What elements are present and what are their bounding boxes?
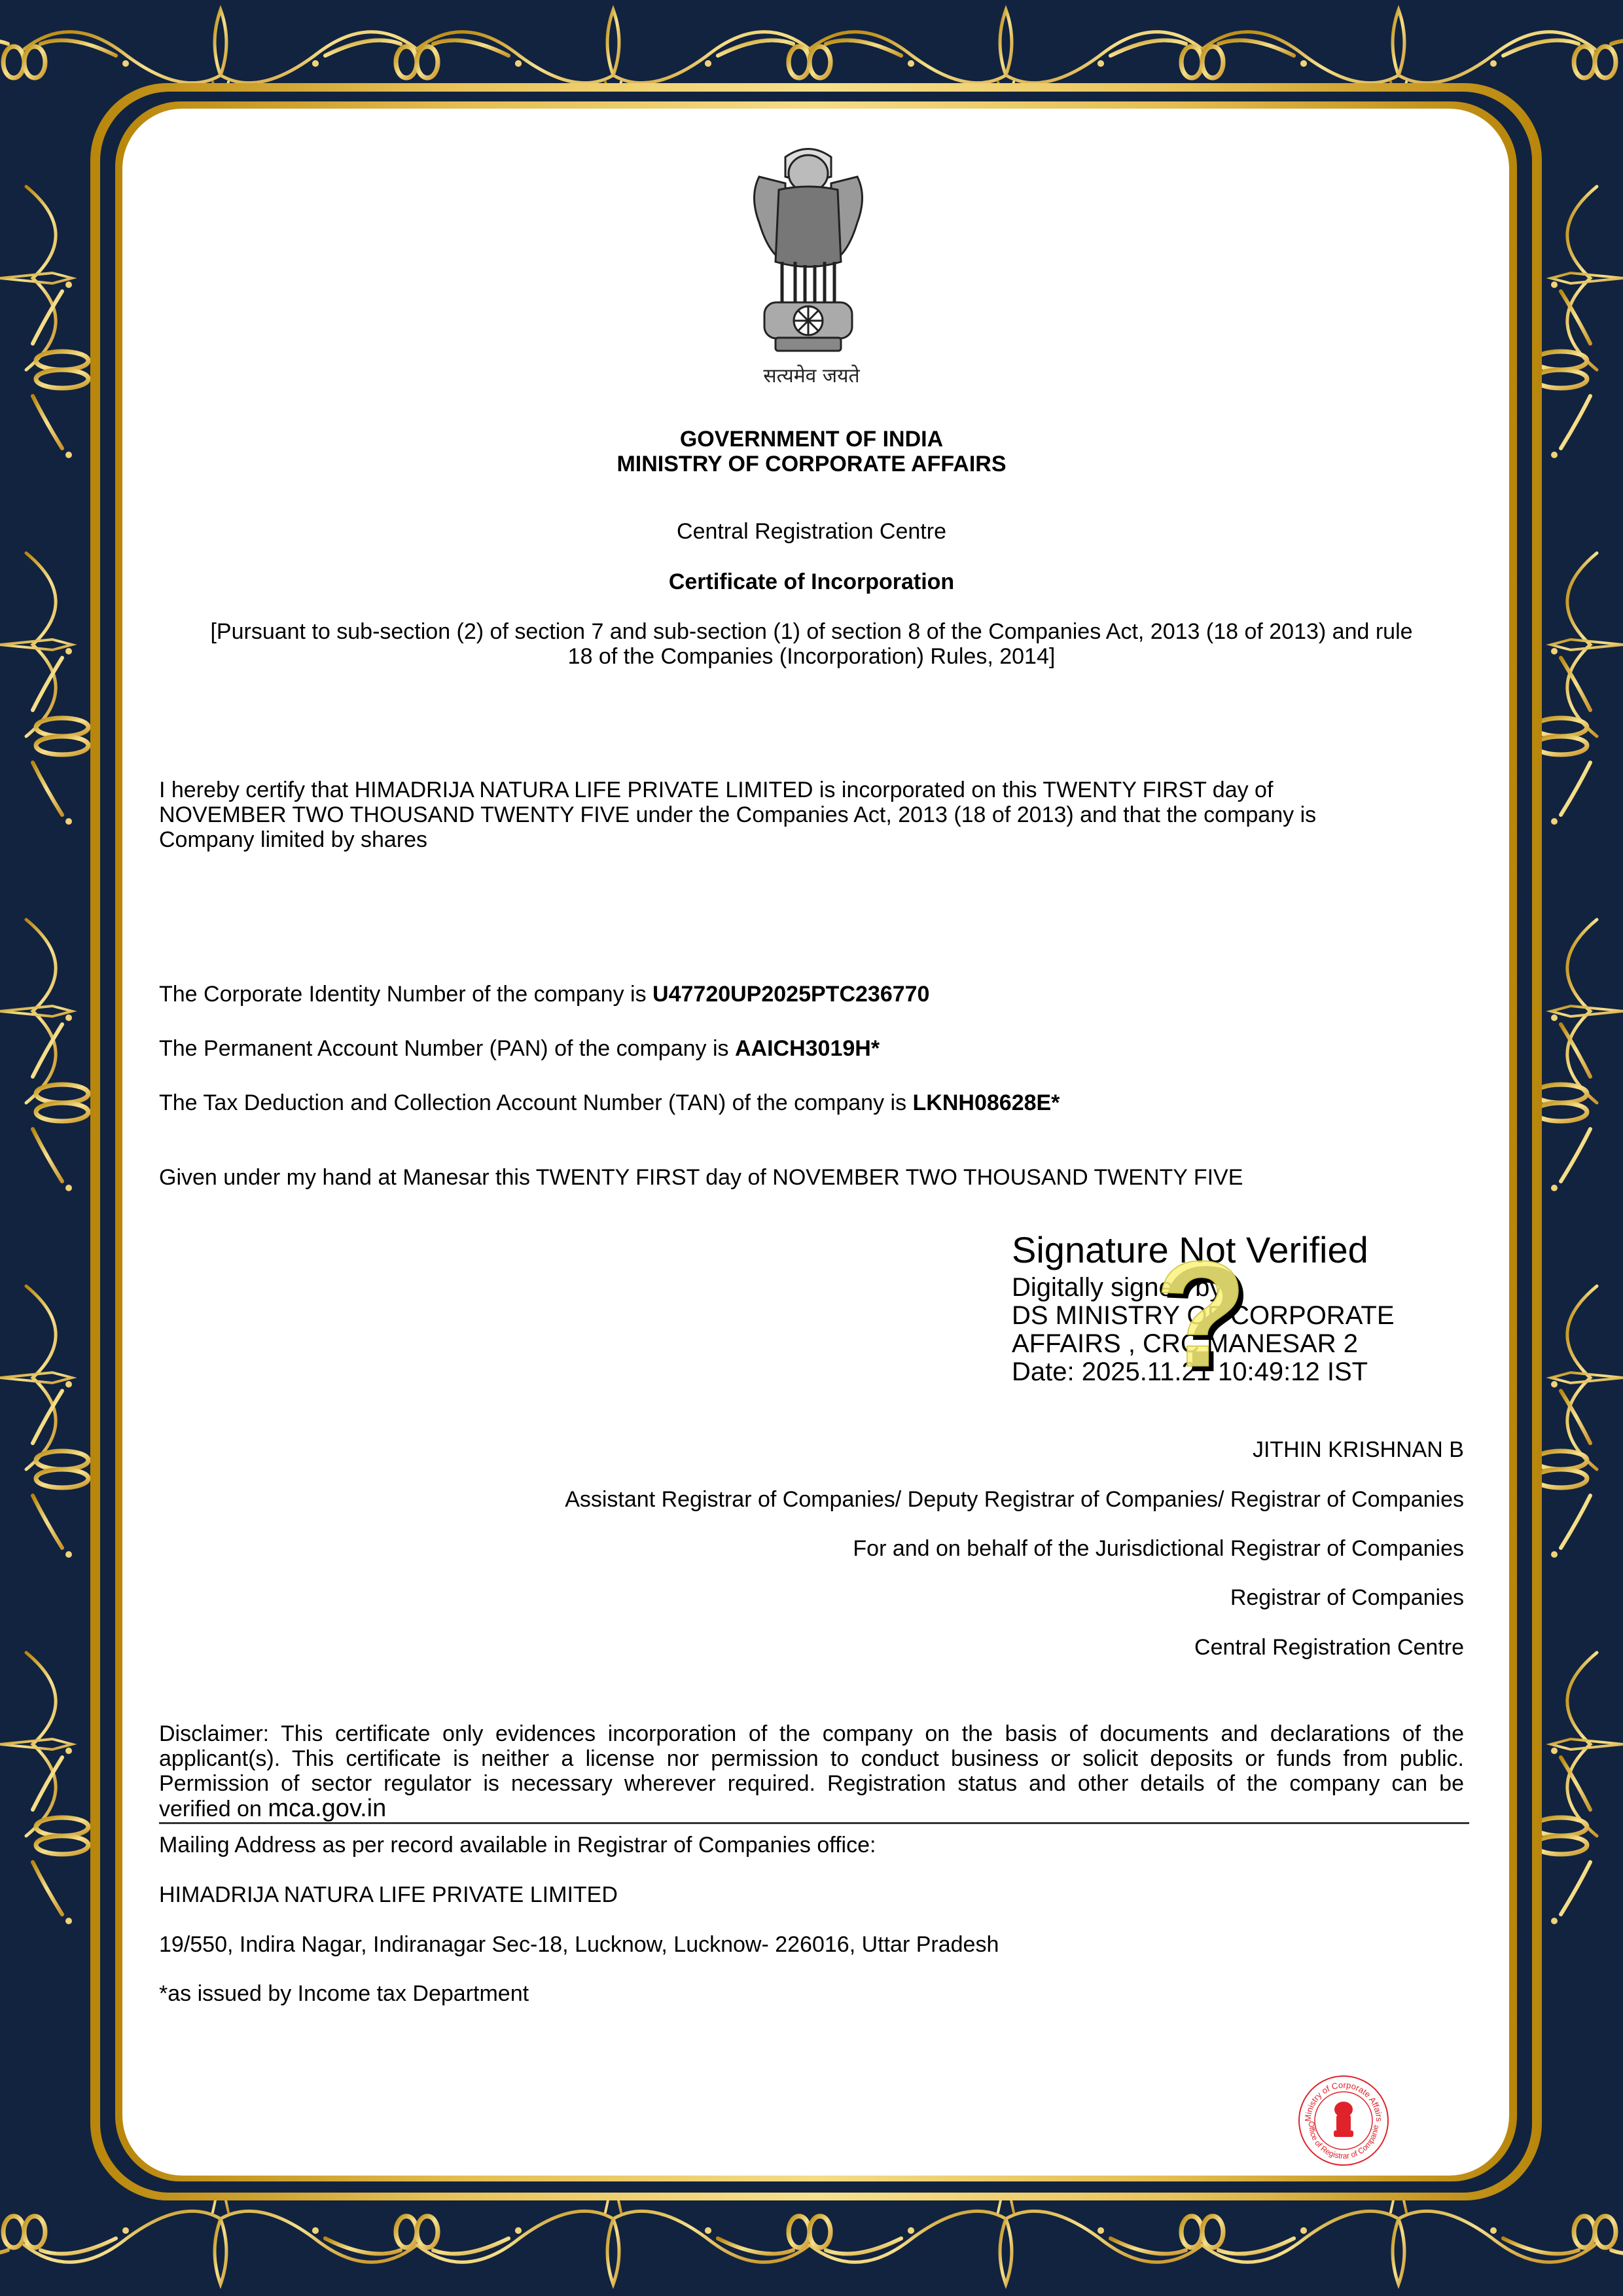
certificate-panel <box>122 109 1509 2176</box>
pursuant-line-1: [Pursuant to sub-section (2) of section … <box>159 619 1464 644</box>
disclaimer-verify-prefix: verified on <box>159 1797 268 1821</box>
cin-row: The Corporate Identity Number of the com… <box>159 982 929 1007</box>
pursuant-line-2: 18 of the Companies (Incorporation) Rule… <box>159 644 1464 669</box>
mca-link[interactable]: mca.gov.in <box>268 1795 386 1822</box>
mailing-address: 19/550, Indira Nagar, Indiranagar Sec-18… <box>159 1932 999 1957</box>
cin-label: The Corporate Identity Number of the com… <box>159 982 652 1007</box>
gov-title: GOVERNMENT OF INDIA <box>159 427 1464 452</box>
separator-line <box>159 1822 1469 1824</box>
centre-name: Central Registration Centre <box>159 519 1464 544</box>
registrar-office: Registrar of Companies <box>159 1585 1464 1610</box>
pan-row: The Permanent Account Number (PAN) of th… <box>159 1036 880 1061</box>
registrar-name: JITHIN KRISHNAN B <box>159 1437 1464 1462</box>
certify-line-3: Company limited by shares <box>159 827 427 852</box>
pan-label: The Permanent Account Number (PAN) of th… <box>159 1036 735 1061</box>
tan-row: The Tax Deduction and Collection Account… <box>159 1090 1060 1115</box>
certificate-title: Certificate of Incorporation <box>159 569 1464 594</box>
question-mark-icon: ? ? <box>1149 1240 1253 1397</box>
roc-seal-icon: Ministry of Corporate Affairs Office of … <box>1294 2072 1393 2170</box>
emblem-motto: सत्यमेव जयते <box>0 361 1623 388</box>
cin-value: U47720UP2025PTC236770 <box>652 982 929 1007</box>
svg-text:?: ? <box>1155 1240 1247 1397</box>
pan-value: AAICH3019H* <box>735 1036 880 1061</box>
disclaimer-line-3: Permission of sector regulator is necess… <box>159 1771 1464 1796</box>
disclaimer-line-4: verified on mca.gov.in <box>159 1796 386 1821</box>
mailing-heading: Mailing Address as per record available … <box>159 1833 876 1857</box>
certify-line-2: NOVEMBER TWO THOUSAND TWENTY FIVE under … <box>159 802 1316 827</box>
registrar-behalf: For and on behalf of the Jurisdictional … <box>159 1536 1464 1561</box>
given-under-hand: Given under my hand at Manesar this TWEN… <box>159 1165 1243 1190</box>
disclaimer-line-1: Disclaimer: This certificate only eviden… <box>159 1721 1464 1746</box>
tan-value: LKNH08628E* <box>913 1090 1060 1115</box>
registrar-centre: Central Registration Centre <box>159 1635 1464 1660</box>
state-emblem-icon <box>740 137 877 360</box>
ministry-title: MINISTRY OF CORPORATE AFFAIRS <box>159 452 1464 476</box>
registrar-designation: Assistant Registrar of Companies/ Deputy… <box>159 1487 1464 1512</box>
mailing-company: HIMADRIJA NATURA LIFE PRIVATE LIMITED <box>159 1882 618 1907</box>
certify-line-1: I hereby certify that HIMADRIJA NATURA L… <box>159 778 1273 802</box>
disclaimer-line-2: applicant(s). This certificate is neithe… <box>159 1746 1464 1771</box>
tan-label: The Tax Deduction and Collection Account… <box>159 1090 913 1115</box>
pan-tan-footnote: *as issued by Income tax Department <box>159 1981 529 2006</box>
